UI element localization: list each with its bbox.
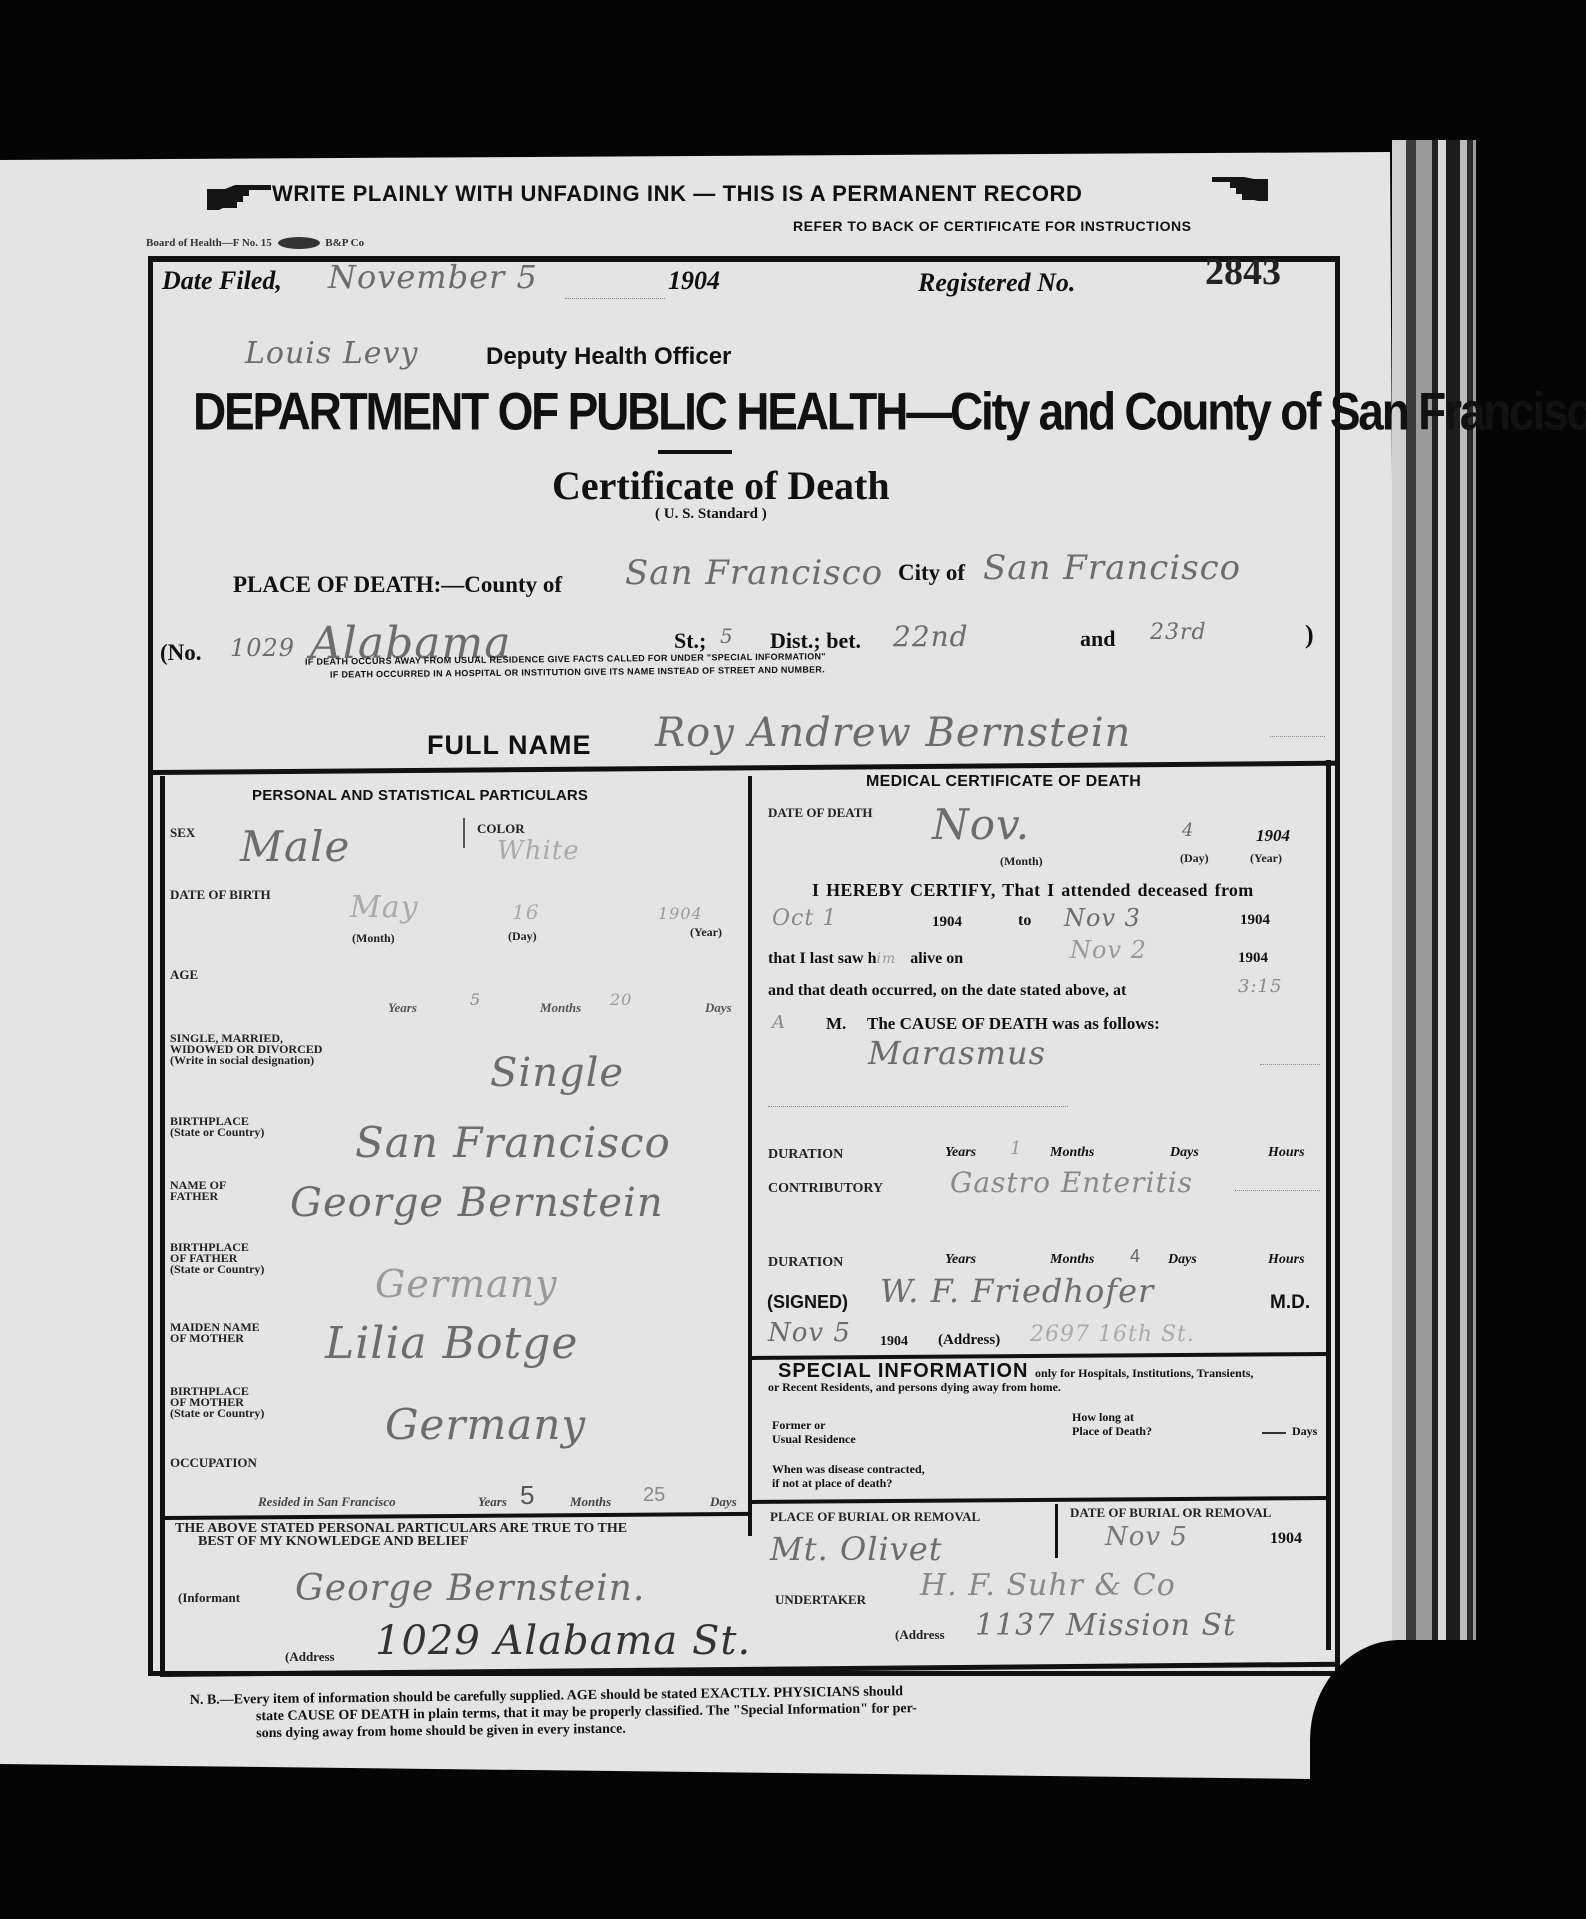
- marital-label: SINGLE, MARRIED, WIDOWED OR DIVORCED (Wr…: [170, 1033, 322, 1066]
- resided-months: 5: [520, 1480, 534, 1511]
- duration-years-1: 1: [1010, 1138, 1022, 1159]
- city-label: City of: [898, 560, 965, 586]
- sex-value: Male: [240, 822, 350, 871]
- burial-column-divider: [1055, 1504, 1058, 1558]
- district-value: 5: [720, 624, 734, 648]
- age-years-caption: Years: [388, 1000, 417, 1016]
- department-heading: DEPARTMENT OF PUBLIC HEALTH—City and Cou…: [193, 380, 1586, 442]
- duration-hours-caption-1: Hours: [1268, 1145, 1305, 1161]
- personal-heading: PERSONAL AND STATISTICAL PARTICULARS: [252, 787, 588, 804]
- last-saw-date: Nov 2: [1070, 936, 1147, 964]
- attended-from-year: 1904: [932, 914, 962, 931]
- to-label: to: [1018, 912, 1031, 930]
- between-street-1: 22nd: [893, 620, 969, 653]
- birthplace-value: San Francisco: [355, 1118, 671, 1167]
- birthplace-label: BIRTHPLACE (State or Country): [170, 1116, 264, 1138]
- duration-years-caption-1: Years: [945, 1145, 976, 1161]
- county-value: San Francisco: [625, 553, 883, 593]
- registered-number: 2843: [1205, 250, 1281, 294]
- dod-label: DATE OF DEATH: [768, 806, 873, 819]
- duration-label-1: DURATION: [768, 1148, 843, 1161]
- informant-name: George Bernstein.: [295, 1568, 645, 1609]
- date-filed-value: November 5: [328, 258, 538, 296]
- duration-years-caption-2: Years: [945, 1252, 976, 1268]
- attended-from: Oct 1: [772, 906, 837, 931]
- full-name-label: FULL NAME: [427, 730, 592, 761]
- pointing-hand-right-icon: [205, 183, 275, 213]
- mother-label: MAIDEN NAME OF MOTHER: [170, 1322, 260, 1344]
- dob-month-caption: (Month): [352, 932, 395, 945]
- father-birthplace-label: BIRTHPLACE OF FATHER (State or Country): [170, 1242, 264, 1275]
- burial-year: 1904: [1270, 1530, 1302, 1548]
- certify-text: I HEREBY CERTIFY, That I attended deceas…: [812, 880, 1254, 901]
- last-saw-year: 1904: [1238, 950, 1268, 967]
- district-label: Dist.; bet.: [770, 628, 861, 654]
- attended-to-year: 1904: [1240, 912, 1270, 929]
- date-filed-year: 1904: [668, 266, 720, 296]
- duration-months-2: 4: [1130, 1246, 1140, 1267]
- certificate-subtitle: ( U. S. Standard ): [655, 506, 767, 523]
- sex-label: SEX: [170, 826, 195, 839]
- former-residence-label: Former or Usual Residence: [772, 1418, 856, 1446]
- how-long-days-caption: Days: [1292, 1424, 1317, 1439]
- contracted-label: When was disease contracted, if not at p…: [772, 1462, 925, 1490]
- contributory-value: Gastro Enteritis: [950, 1166, 1193, 1199]
- dod-day-caption: (Day): [1180, 852, 1209, 865]
- duration-hours-caption-2: Hours: [1268, 1252, 1305, 1268]
- informant-statement: THE ABOVE STATED PERSONAL PARTICULARS AR…: [175, 1522, 627, 1548]
- am-pm: A: [772, 1012, 786, 1033]
- pointing-hand-left-icon: [1208, 175, 1270, 203]
- contributory-label: CONTRIBUTORY: [768, 1182, 883, 1195]
- burial-date-label: DATE of BURIAL or REMOVAL: [1070, 1506, 1271, 1519]
- color-value: White: [497, 836, 580, 866]
- resided-days: 25: [643, 1484, 665, 1507]
- mother-value: Lilia Botge: [325, 1318, 578, 1369]
- how-long-label: How long at Place of Death?: [1072, 1410, 1152, 1438]
- duration-months-caption-2: Months: [1050, 1252, 1094, 1268]
- officer-title: Deputy Health Officer: [486, 343, 731, 371]
- date-filed-label: Date Filed,: [162, 266, 282, 296]
- informant-address: 1029 Alabama St.: [375, 1618, 751, 1664]
- between-street-2: 23rd: [1150, 620, 1207, 645]
- ink-instruction-banner: WRITE PLAINLY WITH UNFADING INK — THIS I…: [272, 181, 1083, 207]
- attended-to: Nov 3: [1064, 904, 1141, 932]
- resided-label: Resided in San Francisco: [258, 1494, 396, 1510]
- father-label: NAME OF FATHER: [170, 1180, 226, 1202]
- dob-label: DATE OF BIRTH: [170, 888, 271, 901]
- occupation-label: OCCUPATION: [170, 1456, 257, 1469]
- burial-place-label: PLACE OF BURIAL OR REMOVAL: [770, 1510, 980, 1523]
- dob-month: May: [350, 890, 419, 925]
- father-value: George Bernstein: [290, 1180, 664, 1226]
- resided-months-caption: Months: [570, 1494, 611, 1510]
- instructions-note: REFER TO BACK OF CERTIFICATE FOR INSTRUC…: [793, 218, 1191, 234]
- dob-day: 16: [512, 900, 539, 924]
- md-label: M.D.: [1270, 1292, 1310, 1314]
- close-paren: ): [1305, 620, 1314, 650]
- and-label: and: [1080, 626, 1115, 652]
- resided-years-caption: Years: [478, 1494, 507, 1510]
- dod-month-caption: (Month): [1000, 855, 1043, 868]
- color-label: COLOR: [477, 822, 525, 835]
- signed-year: 1904: [880, 1334, 908, 1350]
- cause-blank-2: [768, 1106, 1068, 1107]
- m-label: M.: [826, 1014, 846, 1034]
- certificate-title: Certificate of Death: [552, 462, 890, 509]
- physician-signature: W. F. Friedhofer: [880, 1272, 1154, 1310]
- undertaker-label: UNDERTAKER: [775, 1593, 866, 1606]
- registered-no-label: Registered No.: [918, 268, 1075, 298]
- physician-address: 2697 16th St.: [1030, 1322, 1195, 1347]
- sex-color-divider: [463, 818, 465, 848]
- resided-days-caption: Days: [710, 1494, 737, 1510]
- street-no-label: (No.: [160, 640, 202, 666]
- informant-label: (Informant: [178, 1591, 240, 1604]
- burial-place-value: Mt. Olivet: [770, 1530, 943, 1568]
- mother-birthplace-label: BIRTHPLACE OF MOTHER (State or Country): [170, 1386, 264, 1419]
- undertaker-address-label: (Address: [895, 1628, 945, 1641]
- physician-address-label: (Address): [938, 1332, 1000, 1349]
- title-rule: [658, 450, 732, 454]
- age-months-caption: Months: [540, 1000, 581, 1016]
- dob-year: 1904: [658, 904, 703, 923]
- dod-day: 4: [1182, 820, 1194, 841]
- right-inner-border: [1326, 760, 1331, 1650]
- mother-birthplace-value: Germany: [385, 1400, 586, 1449]
- footnote: N. B.—Every item of information should b…: [190, 1683, 918, 1743]
- dod-month: Nov.: [932, 800, 1030, 849]
- special-heading-note: or Recent Residents, and persons dying a…: [768, 1380, 1061, 1395]
- father-birthplace-value: Germany: [375, 1262, 558, 1306]
- burial-date-value: Nov 5: [1105, 1522, 1188, 1552]
- officer-signature: Louis Levy: [245, 336, 418, 371]
- dob-year-caption: (Year): [690, 926, 722, 939]
- left-inner-border: [160, 776, 165, 1676]
- column-divider: [748, 776, 752, 1536]
- place-of-death-label: PLACE OF DEATH:—County of: [233, 572, 562, 598]
- last-saw-text: that I last saw him alive on: [768, 950, 963, 968]
- time-of-death: 3:15: [1238, 976, 1282, 997]
- dob-day-caption: (Day): [508, 930, 537, 943]
- age-label: AGE: [170, 968, 198, 981]
- age-days: 20: [610, 990, 632, 1009]
- cause-value: Marasmus: [868, 1034, 1046, 1072]
- form-code: Board of Health—F No. 15 B&P Co: [146, 237, 364, 249]
- dod-year-caption: (Year): [1250, 852, 1282, 865]
- street-suffix-label: St.;: [674, 628, 706, 654]
- duration-days-caption-2: Days: [1168, 1252, 1197, 1268]
- printer-seal-icon: [278, 237, 320, 249]
- days-blank: [1262, 1432, 1286, 1434]
- contributory-blank: [1235, 1190, 1320, 1191]
- city-value: San Francisco: [983, 548, 1241, 588]
- full-name-value: Roy Andrew Bernstein: [655, 710, 1131, 756]
- cause-text: The CAUSE OF DEATH was as follows:: [867, 1014, 1160, 1034]
- street-no-value: 1029: [230, 634, 295, 662]
- date-filed-blank: [565, 298, 665, 299]
- duration-days-caption-1: Days: [1170, 1145, 1199, 1161]
- book-page-edges: [1392, 140, 1492, 1660]
- signed-date: Nov 5: [768, 1318, 851, 1348]
- duration-label-2: DURATION: [768, 1256, 843, 1269]
- informant-address-label: (Address: [285, 1650, 335, 1663]
- marital-value: Single: [490, 1050, 624, 1096]
- thumb-shadow: [1310, 1640, 1586, 1919]
- undertaker-value: H. F. Suhr & Co: [920, 1568, 1176, 1603]
- signed-label: (SIGNED): [767, 1292, 848, 1313]
- medical-heading: MEDICAL CERTIFICATE OF DEATH: [866, 773, 1141, 791]
- dod-year: 1904: [1256, 826, 1290, 846]
- age-months: 5: [470, 990, 481, 1009]
- age-days-caption: Days: [705, 1000, 732, 1016]
- full-name-blank: [1270, 736, 1325, 737]
- cause-blank: [1260, 1064, 1320, 1065]
- occurred-text: and that death occurred, on the date sta…: [768, 982, 1126, 1000]
- duration-months-caption-1: Months: [1050, 1145, 1094, 1161]
- undertaker-address: 1137 Mission St: [975, 1608, 1236, 1643]
